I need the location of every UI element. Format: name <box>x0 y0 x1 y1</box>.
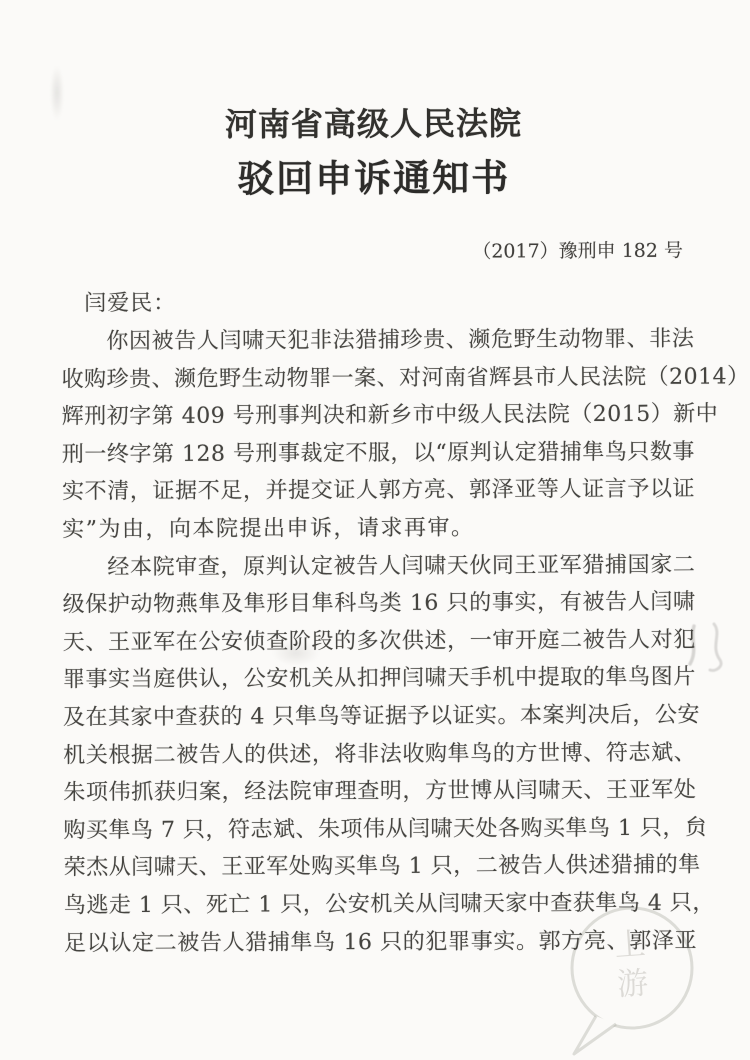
document-content: 河南省高级人民法院 驳回申诉通知书 （2017）豫刑申 182 号 闫爱民： 你… <box>0 0 750 963</box>
text-line: 级保护动物燕隼及隼形目隼科鸟类 16 只的事实，有被告人闫啸 <box>62 584 695 624</box>
document-body: 闫爱民： 你因被告人闫啸天犯非法猎捕珍贵、濒危野生动物罪、非法 收购珍贵、濒危野… <box>0 262 750 962</box>
text-line: 刑一终字第 128 号刑事裁定不服，以“原判认定猎捕隼鸟只数事 <box>62 433 695 473</box>
text-line: 罪事实当庭供认，公安机关从扣押闫啸天手机中提取的隼鸟图片 <box>63 659 696 699</box>
text-line: 机关根据二被告人的供述，将非法收购隼鸟的方世博、符志斌、 <box>63 734 696 774</box>
paragraph-1: 你因被告人闫啸天犯非法猎捕珍贵、濒危野生动物罪、非法 收购珍贵、濒危野生动物罪一… <box>61 321 695 549</box>
text-line: 足以认定二被告人猎捕隼鸟 16 只的犯罪事实。郭方亮、郭泽亚 <box>64 922 697 962</box>
text-line: 购买隼鸟 7 只，符志斌、朱项伟从闫啸天处各购买隼鸟 1 只，贠 <box>63 809 696 849</box>
text-line: 荣杰从闫啸天、王亚军处购买隼鸟 1 只，二被告人供述猎捕的隼 <box>64 847 697 887</box>
paragraph-2: 经本院审查，原判认定被告人闫啸天伙同王亚军猎捕国家二 级保护动物燕隼及隼形目隼科… <box>62 546 697 962</box>
scanned-court-document: 上游 河南省高级人民法院 驳回申诉通知书 （2017）豫刑申 182 号 闫爱民… <box>0 0 750 1060</box>
salutation: 闫爱民： <box>61 283 694 324</box>
text-line: 天、王亚军在公安侦查阶段的多次供述，一审开庭二被告人对犯 <box>63 621 696 661</box>
text-line: 经本院审查，原判认定被告人闫啸天伙同王亚军猎捕国家二 <box>62 546 695 586</box>
text-line: 实”为由，向本院提出申诉，请求再审。 <box>62 509 695 549</box>
court-name-title: 河南省高级人民法院 <box>0 0 749 146</box>
text-line: 你因被告人闫啸天犯非法猎捕珍贵、濒危野生动物罪、非法 <box>61 321 694 361</box>
text-line: 鸟逃走 1 只、死亡 1 只，公安机关从闫啸天家中查获隼鸟 4 只， <box>64 885 697 925</box>
text-line: 辉刑初字第 409 号刑事判决和新乡市中级人民法院（2015）新中 <box>62 396 695 436</box>
text-line: 收购珍贵、濒危野生动物罪一案、对河南省辉县市人民法院（2014） <box>61 358 694 398</box>
document-type-title: 驳回申诉通知书 <box>0 142 749 201</box>
case-number: （2017）豫刑申 182 号 <box>0 198 749 265</box>
text-line: 朱项伟抓获归案，经法院审理查明，方世博从闫啸天、王亚军处 <box>63 772 696 812</box>
text-line: 及在其家中查获的 4 只隼鸟等证据予以证实。本案判决后，公安 <box>63 697 696 737</box>
text-line: 实不清，证据不足，并提交证人郭方亮、郭泽亚等人证言予以证 <box>62 471 695 511</box>
